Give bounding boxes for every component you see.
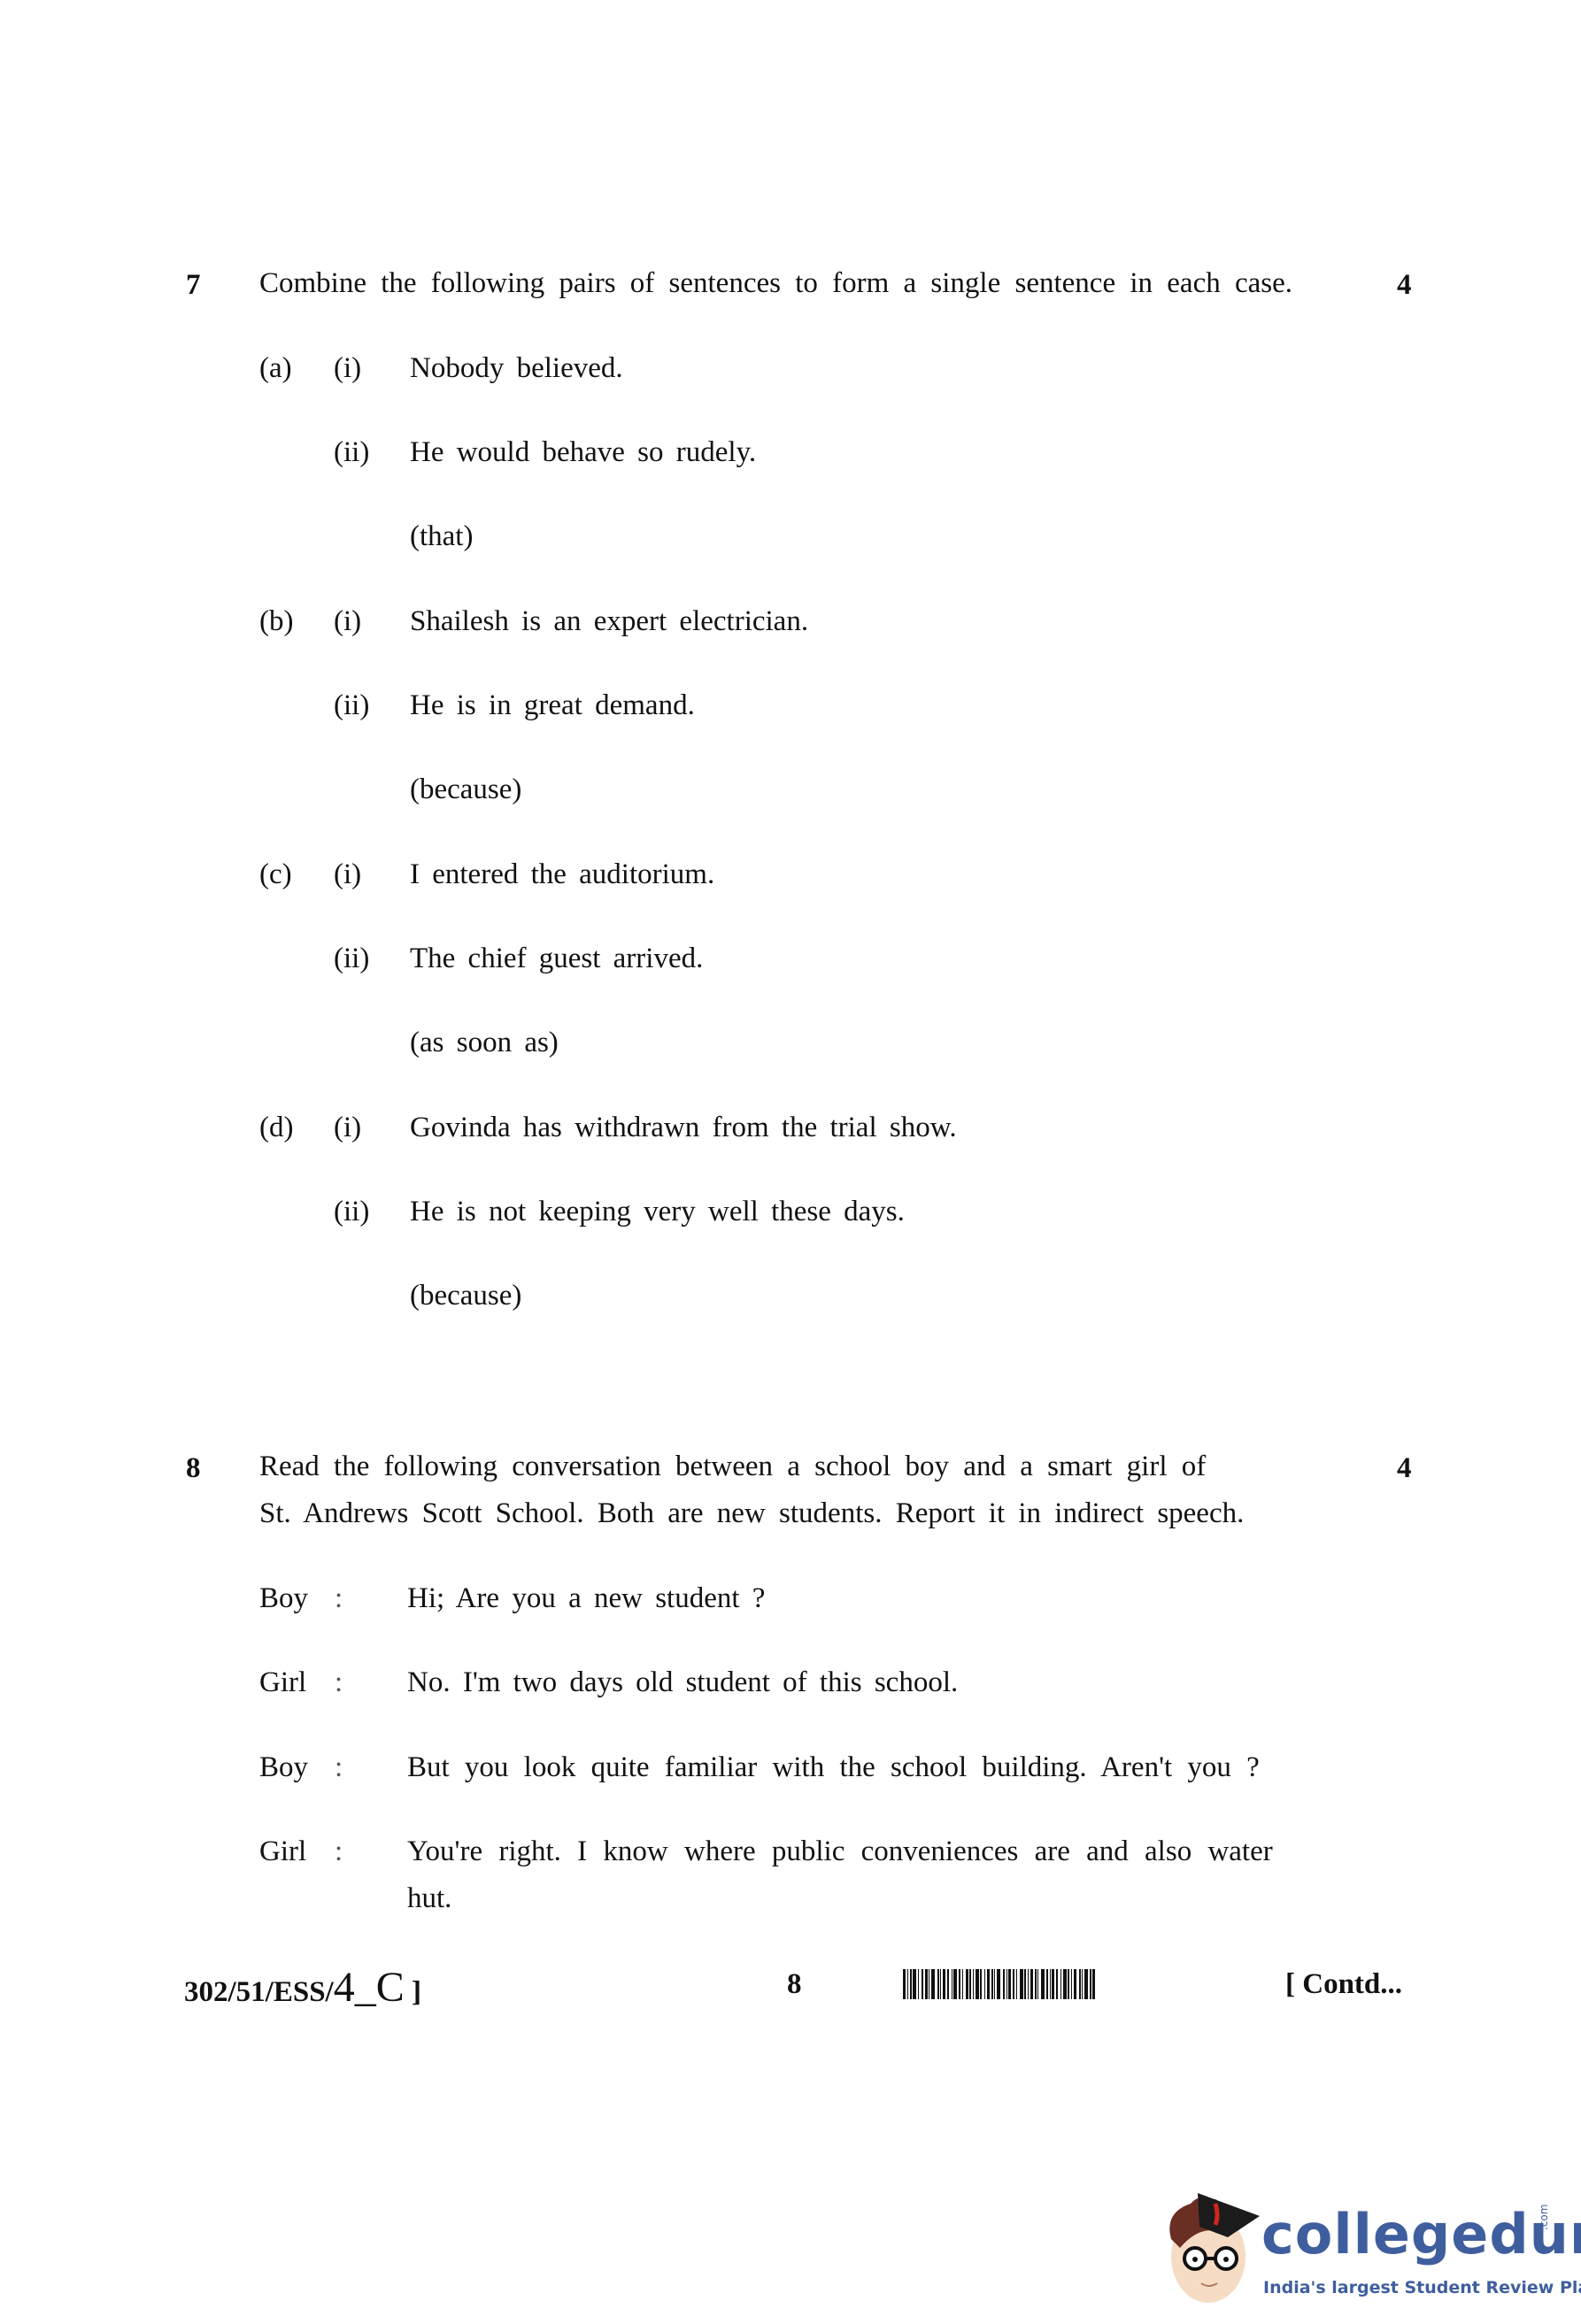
continued-label: [ Contd... (1285, 1968, 1402, 2001)
barcode (903, 1969, 1244, 1999)
paper-code-suffix: ] (405, 1976, 421, 2008)
item-d-label: (d) (259, 1113, 293, 1143)
question-7-marks: 4 (1397, 269, 1412, 302)
item-a-label: (a) (259, 354, 292, 383)
item-c-sub-ii: (ii) (334, 944, 369, 973)
item-c-sub-i: (i) (334, 860, 361, 889)
item-a-sentence-ii: He would behave so rudely. (410, 438, 756, 467)
question-7-prompt: Combine the following pairs of sentences… (259, 269, 1292, 298)
conversation-line: But you look quite familiar with the sch… (407, 1753, 1260, 1782)
paper-code-prefix: 302/51/ESS/ (184, 1976, 334, 2008)
brand-tld: .com (1538, 2205, 1550, 2230)
item-b-hint: (because) (410, 775, 521, 804)
question-7-number: 7 (186, 269, 201, 302)
conversation-speaker: Boy (259, 1753, 308, 1782)
paper-code-set: 4_C (334, 1964, 405, 2011)
collegedunia-logo: collegedunia .com India's largest Studen… (1155, 2168, 1571, 2319)
conversation-separator: : (335, 1753, 343, 1782)
item-b-label: (b) (259, 607, 293, 636)
item-b-sub-ii: (ii) (334, 691, 369, 720)
paper-code: 302/51/ESS/4_C ] (184, 1963, 421, 2012)
conversation-line: You're right. I know where public conven… (407, 1837, 1273, 1866)
item-d-sentence-ii: He is not keeping very well these days. (410, 1197, 905, 1227)
question-8-prompt-line2: St. Andrews Scott School. Both are new s… (259, 1499, 1244, 1528)
item-a-hint: (that) (410, 522, 473, 551)
item-d-sentence-i: Govinda has withdrawn from the trial sho… (410, 1113, 957, 1143)
conversation-separator: : (335, 1584, 343, 1613)
brand-tagline: India's largest Student Review Platform (1263, 2278, 1581, 2297)
item-c-sentence-i: I entered the auditorium. (410, 860, 714, 889)
conversation-separator: : (335, 1837, 343, 1866)
question-8-number: 8 (186, 1452, 201, 1485)
item-d-sub-i: (i) (334, 1113, 361, 1143)
item-a-sentence-i: Nobody believed. (410, 354, 623, 383)
conversation-speaker: Boy (259, 1584, 308, 1613)
conversation-separator: : (335, 1668, 343, 1697)
page-number: 8 (787, 1968, 802, 2001)
student-mascot-icon (1155, 2177, 1279, 2310)
item-a-sub-ii: (ii) (334, 438, 369, 467)
question-8-prompt-line1: Read the following conversation between … (259, 1452, 1206, 1481)
brand-name: collegedunia (1261, 2202, 1581, 2266)
item-b-sentence-i: Shailesh is an expert electrician. (410, 607, 808, 636)
item-b-sentence-ii: He is in great demand. (410, 691, 695, 720)
item-d-hint: (because) (410, 1281, 521, 1311)
conversation-speaker: Girl (259, 1668, 306, 1697)
item-b-sub-i: (i) (334, 607, 361, 636)
item-a-sub-i: (i) (334, 354, 361, 383)
item-c-sentence-ii: The chief guest arrived. (410, 944, 703, 973)
conversation-line-continuation: hut. (407, 1884, 451, 1913)
question-8-marks: 4 (1397, 1452, 1412, 1485)
item-d-sub-ii: (ii) (334, 1197, 369, 1227)
item-c-label: (c) (259, 860, 292, 889)
conversation-speaker: Girl (259, 1837, 306, 1866)
item-c-hint: (as soon as) (410, 1028, 559, 1058)
conversation-line: No. I'm two days old student of this sch… (407, 1668, 958, 1697)
conversation-line: Hi; Are you a new student ? (407, 1584, 765, 1613)
